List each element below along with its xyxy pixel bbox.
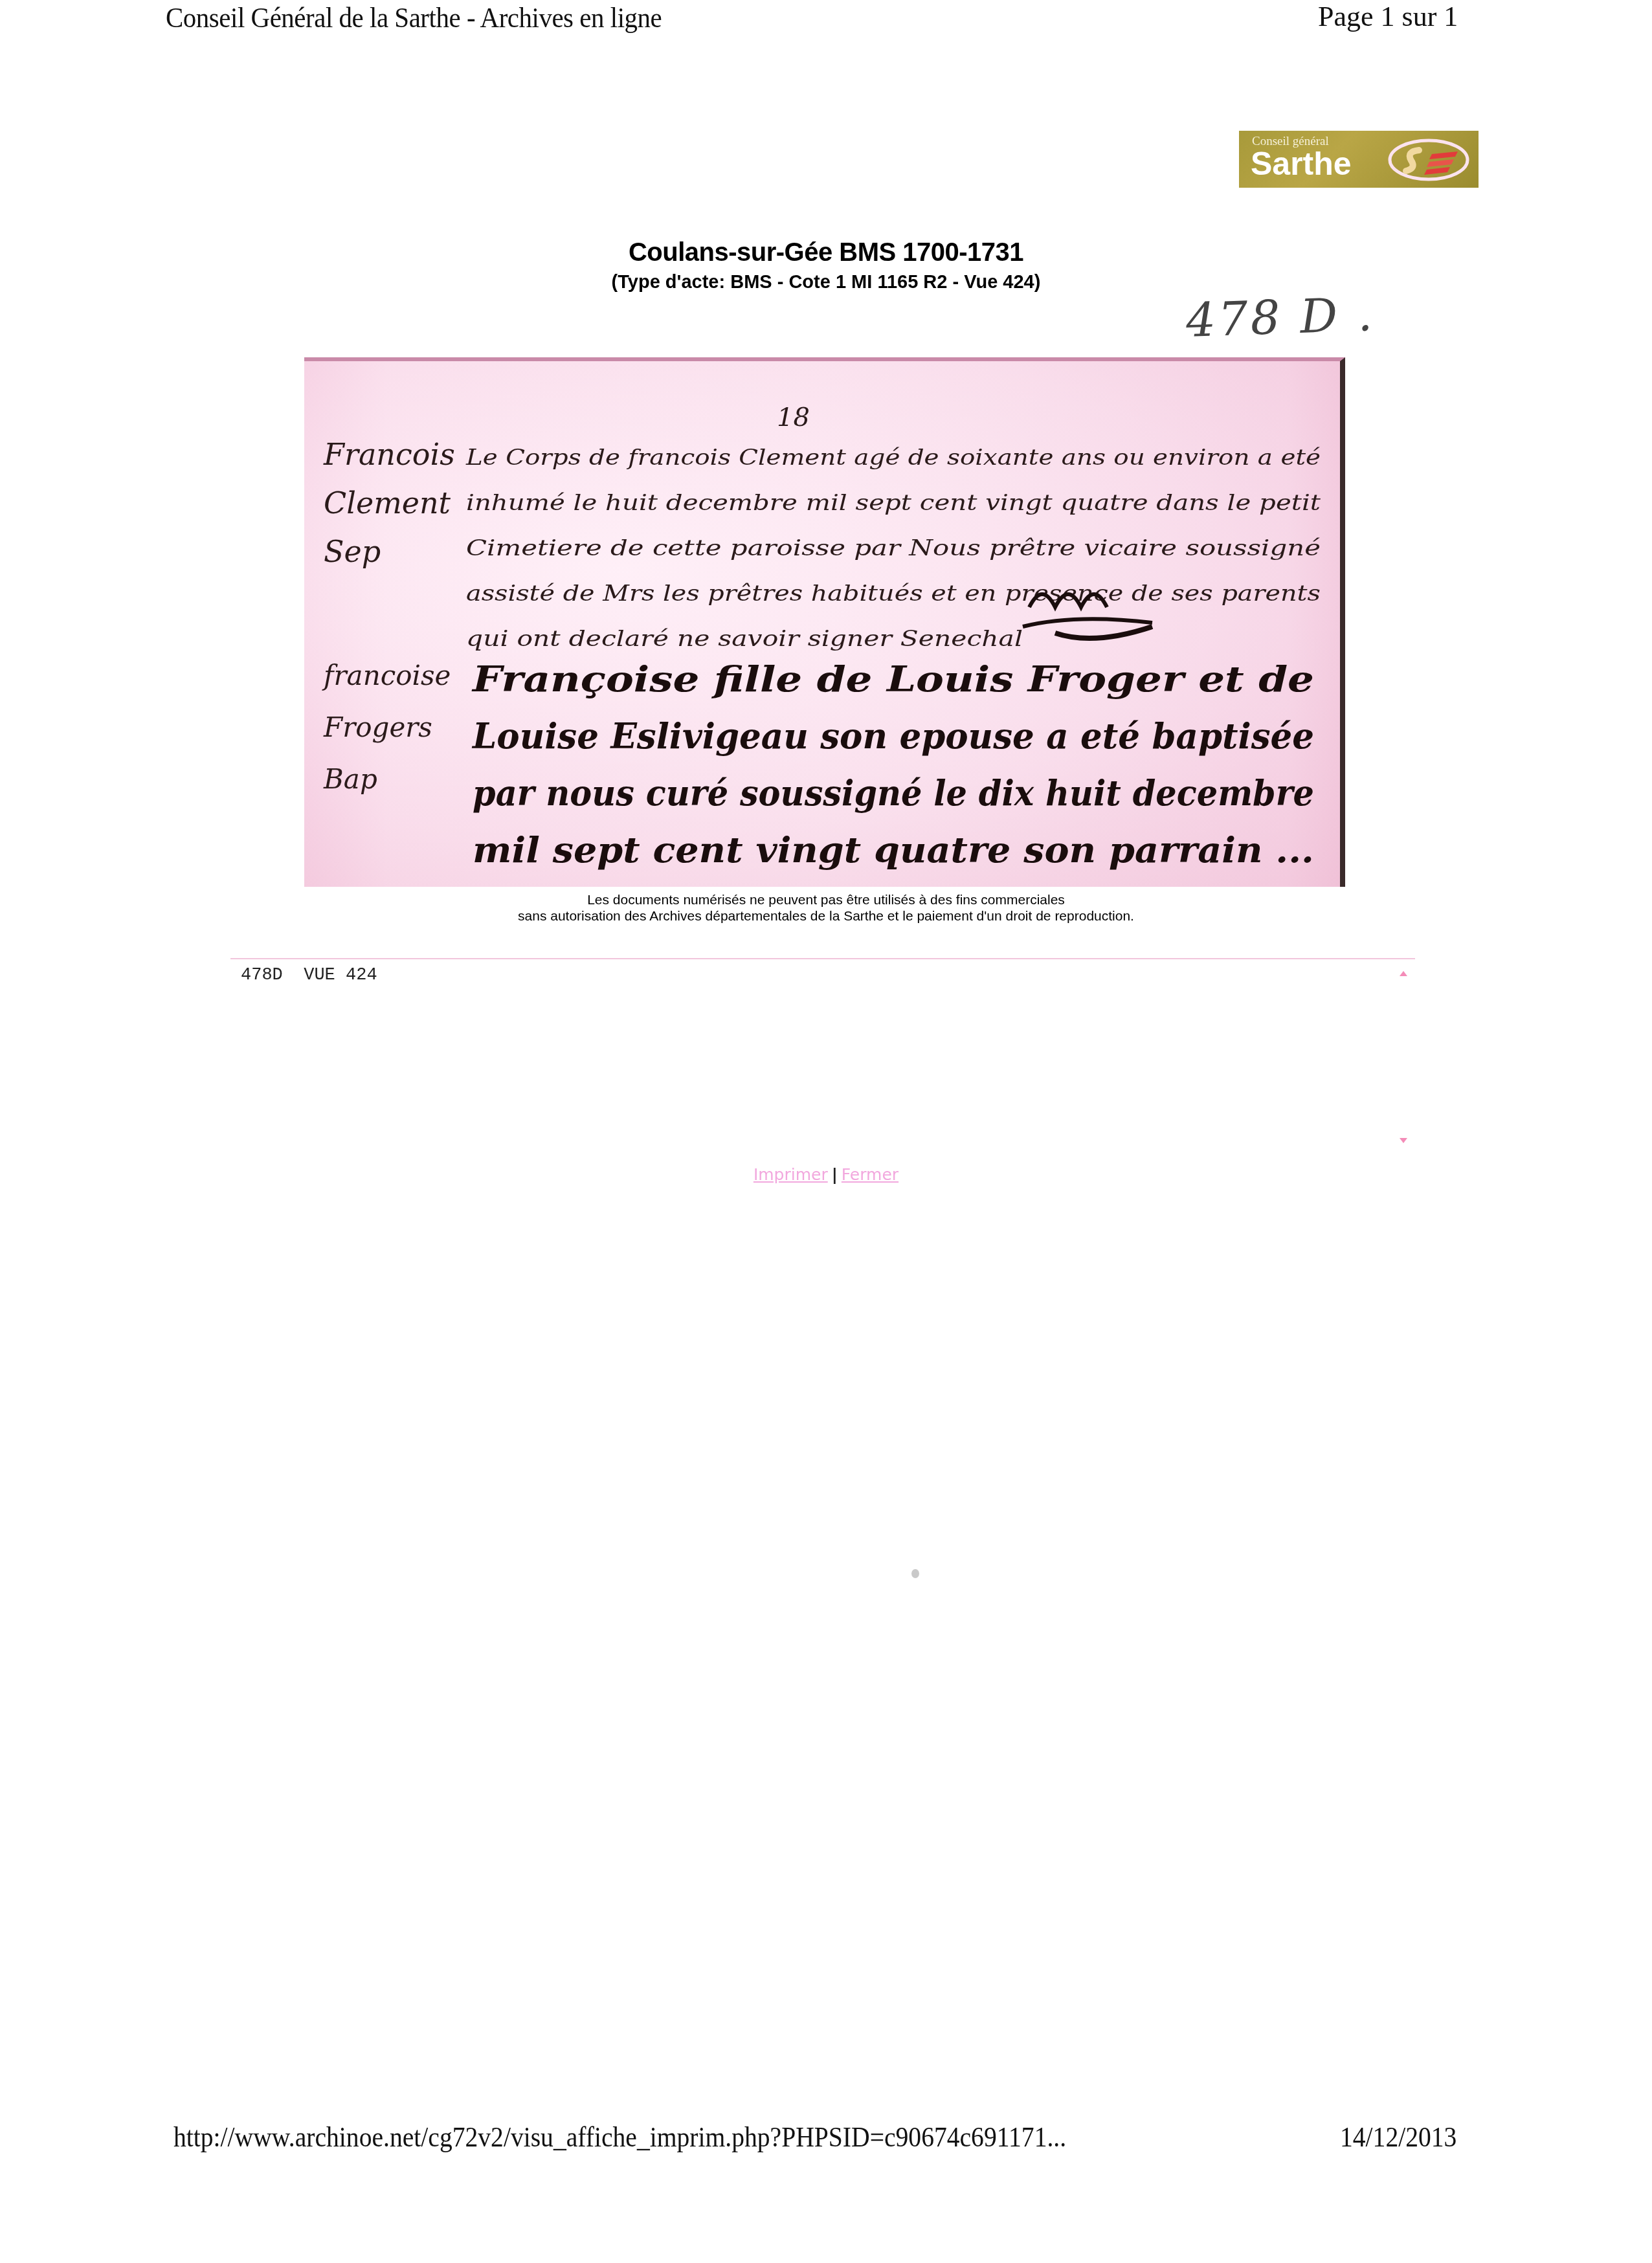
sarthe-logo: Conseil général Sarthe [1239,131,1479,188]
usage-notice-line-2: sans autorisation des Archives départeme… [0,908,1652,924]
svg-text:Cimetiere de cette paroisse pa: Cimetiere de cette paroisse par Nous prê… [466,535,1321,561]
print-header-site-title: Conseil Général de la Sarthe - Archives … [166,1,662,34]
scroll-up-arrow-icon[interactable] [1400,971,1407,976]
usage-notice: Les documents numérisés ne peuvent pas ê… [0,892,1652,924]
print-header-page-indicator: Page 1 sur 1 [1318,0,1458,33]
logo-name: Sarthe [1251,148,1352,180]
scan-speck [911,1569,919,1578]
print-footer-date: 14/12/2013 [1340,2121,1457,2154]
svg-text:par nous curé soussigné le dix: par nous curé soussigné le dix huit dece… [473,772,1314,814]
print-footer-url: http://www.archinoe.net/cg72v2/visu_affi… [173,2121,1066,2154]
svg-text:Françoise fille de Louis Froge: Françoise fille de Louis Froger et de [471,658,1314,700]
svg-text:assisté de Mrs les prêtres hab: assisté de Mrs les prêtres habitués et e… [466,581,1321,607]
scroll-down-arrow-icon[interactable] [1400,1138,1407,1143]
document-title: Coulans-sur-Gée BMS 1700-1731 [0,238,1652,267]
svg-text:Francois: Francois [323,437,455,472]
sarthe-emblem-icon [1387,137,1471,183]
reference-text: 478D VUE 424 [241,966,377,985]
manuscript-handwriting: 18 FrancoisClementSepfrancoiseFrogersBap… [304,361,1340,887]
svg-text:Louise Eslivigeau son epouse a: Louise Eslivigeau son epouse a eté bapti… [471,715,1314,757]
svg-text:18: 18 [777,403,810,432]
svg-text:Clement: Clement [324,485,451,520]
svg-text:Bap: Bap [323,763,377,795]
svg-text:Sep: Sep [324,534,381,569]
usage-notice-line-1: Les documents numérisés ne peuvent pas ê… [0,892,1652,908]
handwritten-annotation: 478 D . [1185,287,1376,348]
textarea-scrollbar[interactable] [1397,964,1411,1150]
print-link[interactable]: Imprimer [753,1165,828,1184]
manuscript-image: 18 FrancoisClementSepfrancoiseFrogersBap… [304,357,1345,887]
svg-text:Frogers: Frogers [323,711,432,743]
svg-text:mil sept cent vingt quatre son: mil sept cent vingt quatre son parrain .… [473,829,1314,871]
svg-text:francoise: francoise [322,660,451,691]
link-separator: | [828,1165,842,1184]
svg-text:inhumé le huit decembre mil se: inhumé le huit decembre mil sept cent vi… [466,490,1321,516]
reference-textarea[interactable]: 478D VUE 424 [230,958,1415,1152]
svg-text:qui ont declaré ne savoir sign: qui ont declaré ne savoir signer Senecha… [466,626,1023,652]
action-links: Imprimer|Fermer [0,1165,1652,1184]
document-subtitle: (Type d'acte: BMS - Cote 1 MI 1165 R2 - … [0,272,1652,293]
close-link[interactable]: Fermer [842,1165,899,1184]
svg-text:Le Corps de francois Clement a: Le Corps de francois Clement agé de soix… [465,445,1321,471]
